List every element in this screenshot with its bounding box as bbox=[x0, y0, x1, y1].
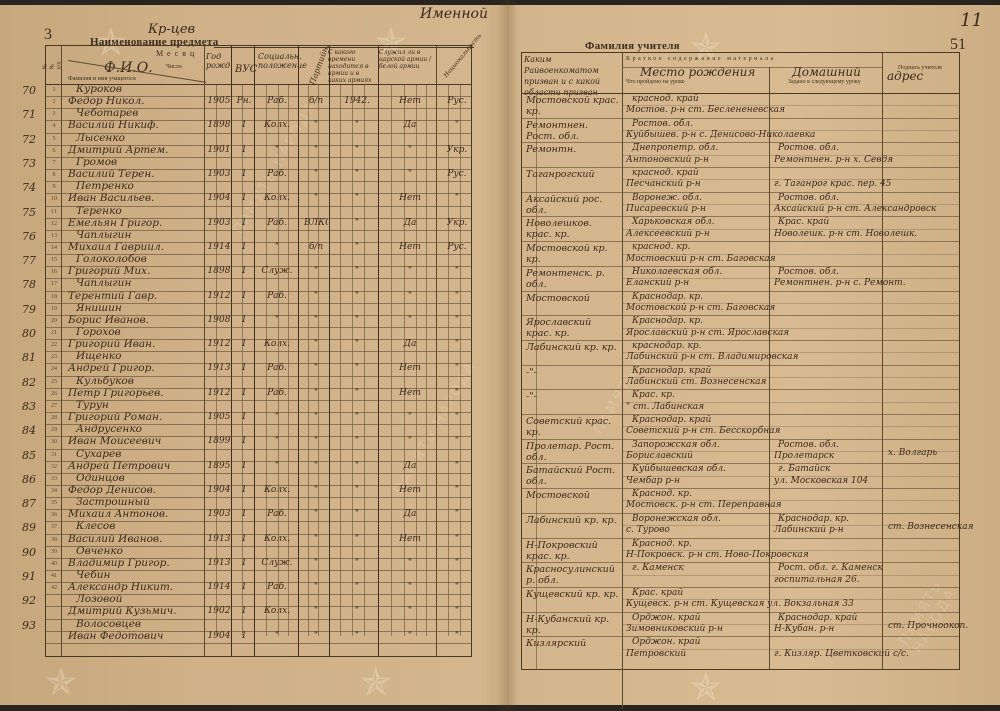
surname-cell: Чебин bbox=[76, 569, 110, 581]
party-cell: " bbox=[304, 485, 328, 495]
birth-year-cell: 1895 bbox=[207, 461, 231, 471]
vus-cell: 1 bbox=[235, 388, 253, 398]
since-cell: " bbox=[338, 485, 376, 495]
given-name-cell: Терентий Гавр. bbox=[68, 290, 157, 302]
margin-number: 71 bbox=[22, 108, 36, 121]
row-number: 23 bbox=[47, 354, 61, 360]
row-line bbox=[522, 587, 959, 588]
birth-year-cell: 1902 bbox=[207, 606, 231, 616]
birthplace-line-2: Лабинский ст. Вознесенская bbox=[626, 377, 767, 387]
surname-cell: Волосовцев bbox=[76, 618, 141, 630]
birthplace-line-1: краснод. край bbox=[632, 168, 699, 178]
row-number: 26 bbox=[47, 391, 61, 397]
grid-line bbox=[278, 84, 279, 636]
since-cell: " bbox=[338, 631, 376, 641]
served-cell: Нет bbox=[386, 485, 434, 495]
draft-office-cell: Новолешков. крас. кр. bbox=[526, 218, 620, 240]
served-cell: " bbox=[386, 169, 434, 179]
draft-office-cell: Кизлярский bbox=[526, 638, 620, 649]
row-number: 13 bbox=[47, 233, 61, 239]
column-divider bbox=[622, 53, 623, 709]
nationality-cell: " bbox=[444, 582, 470, 592]
party-cell: " bbox=[304, 169, 328, 179]
home-address-line-2: Новолешк. р-н ст. Новолешк. bbox=[774, 229, 917, 239]
party-cell: " bbox=[304, 291, 328, 301]
given-name-cell: Иван Васильев. bbox=[68, 192, 154, 204]
birthplace-line-2: Писаревский р-н bbox=[626, 204, 706, 214]
draft-office-cell: Таганрогский bbox=[526, 169, 620, 180]
column-divider bbox=[769, 67, 770, 669]
row-line bbox=[522, 118, 959, 119]
given-name-cell: Григорий Роман. bbox=[68, 411, 162, 423]
social-status-cell: " bbox=[258, 145, 296, 155]
birthplace-line-1: Орджон. край bbox=[632, 637, 700, 647]
grid-line bbox=[391, 84, 392, 636]
nationality-cell: Рус. bbox=[444, 169, 470, 179]
since-cell: " bbox=[338, 169, 376, 179]
nationality-cell: " bbox=[444, 339, 470, 349]
since-cell: " bbox=[338, 509, 376, 519]
margin-number: 90 bbox=[22, 546, 36, 559]
social-status-cell: Раб. bbox=[258, 509, 296, 519]
social-status-cell: Раб. bbox=[258, 96, 296, 106]
grid-line bbox=[426, 84, 427, 636]
grid-line bbox=[318, 84, 319, 636]
grid-line bbox=[216, 84, 217, 636]
nationality-cell: " bbox=[444, 534, 470, 544]
served-cell: Нет bbox=[386, 363, 434, 373]
row-line bbox=[46, 400, 471, 401]
social-status-cell: Колх. bbox=[258, 120, 296, 130]
party-cell: " bbox=[304, 120, 328, 130]
social-status-cell: Колх. bbox=[258, 485, 296, 495]
row-line bbox=[522, 439, 959, 440]
vus-cell: 1 bbox=[235, 558, 253, 568]
header-social: Социальн. положение bbox=[258, 52, 300, 70]
margin-number: 74 bbox=[22, 181, 36, 194]
served-cell: " bbox=[386, 266, 434, 276]
birth-year-cell: 1899 bbox=[207, 436, 231, 446]
birthplace-line-1: г. Каменск bbox=[632, 563, 684, 573]
margin-number: 85 bbox=[22, 449, 36, 462]
since-cell: " bbox=[338, 291, 376, 301]
row-number: 12 bbox=[47, 221, 61, 227]
birthplace-line-2: Бориславский bbox=[626, 451, 693, 461]
nationality-cell: " bbox=[444, 193, 470, 203]
social-status-cell: Раб. bbox=[258, 363, 296, 373]
row-line bbox=[522, 463, 959, 464]
birth-year-cell: 1913 bbox=[207, 558, 231, 568]
given-name-cell: Дмитрий Кузьмич. bbox=[68, 605, 177, 617]
party-cell: " bbox=[304, 582, 328, 592]
social-status-cell: " bbox=[258, 461, 296, 471]
row-line bbox=[522, 636, 959, 637]
draft-office-cell: Ремонтнен. Рост. обл. bbox=[526, 120, 620, 142]
vus-cell: 1 bbox=[235, 461, 253, 471]
since-cell: " bbox=[338, 558, 376, 568]
surname-cell: Куроков bbox=[76, 83, 122, 95]
party-cell: ВЛКСМ bbox=[304, 218, 328, 228]
since-cell: " bbox=[338, 412, 376, 422]
home-address-line-1: Ростов. обл. bbox=[778, 193, 839, 203]
given-name-cell: Василий Никиф. bbox=[68, 119, 159, 131]
since-cell: " bbox=[338, 339, 376, 349]
birthplace-line-1: Воронеж. обл. bbox=[632, 193, 702, 203]
surname-cell: Одинцов bbox=[76, 472, 125, 484]
vus-cell: 1 bbox=[235, 193, 253, 203]
home-address-line-3: х. Волгарь bbox=[888, 448, 937, 458]
birthplace-line-2: Петровский bbox=[626, 649, 686, 659]
birthplace-line-2: Советский р-н ст. Бесскорбная bbox=[626, 426, 780, 436]
row-number: 38 bbox=[47, 537, 61, 543]
grid-line bbox=[352, 84, 353, 636]
birthplace-line-1: краснодар. кр. bbox=[632, 341, 701, 351]
birth-year-cell: 1905 bbox=[207, 412, 231, 422]
party-cell: " bbox=[304, 315, 328, 325]
birthplace-line-1: Краснод. кр. bbox=[632, 539, 692, 549]
nationality-cell: " bbox=[444, 363, 470, 373]
row-number: 36 bbox=[47, 512, 61, 518]
margin-number: 82 bbox=[22, 376, 36, 389]
party-cell: " bbox=[304, 509, 328, 519]
row-number: 20 bbox=[47, 318, 61, 324]
birthplace-line-1: Краснод. кр. bbox=[632, 489, 692, 499]
home-address-line-1: г. Батайск bbox=[778, 464, 830, 474]
row-line bbox=[522, 315, 959, 316]
home-address-line-2: г. Таганрог крас. пер. 45 bbox=[774, 179, 891, 189]
draft-office-cell: -"- bbox=[526, 391, 620, 402]
nationality-cell: " bbox=[444, 485, 470, 495]
home-address-line-2: Н-Кубан. р-н bbox=[774, 624, 834, 634]
served-cell: " bbox=[386, 315, 434, 325]
header-address-handwritten: адрес bbox=[887, 69, 923, 83]
row-number: 15 bbox=[47, 257, 61, 263]
row-line bbox=[522, 241, 959, 242]
birth-year-cell: 1904 bbox=[207, 485, 231, 495]
row-line bbox=[522, 291, 959, 292]
header-month: Месяц bbox=[156, 49, 198, 58]
row-line bbox=[522, 414, 959, 415]
birthplace-line-1: Днепропетр. обл. bbox=[632, 143, 718, 153]
birthplace-line-2: Мостов. р-н ст. Беслененевская bbox=[626, 105, 785, 115]
row-line bbox=[522, 562, 959, 563]
party-cell: " bbox=[304, 606, 328, 616]
birthplace-line-2: Куйбышев. р-н с. Денисово-Николаевка bbox=[626, 130, 815, 140]
since-cell: " bbox=[338, 193, 376, 203]
row-number: 21 bbox=[47, 330, 61, 336]
surname-cell: Янишин bbox=[76, 302, 122, 314]
row-number: 1 bbox=[47, 87, 61, 93]
row-number: 5 bbox=[47, 136, 61, 142]
social-status-cell: Колх. bbox=[258, 193, 296, 203]
birth-year-cell: 1904 bbox=[207, 193, 231, 203]
birth-year-cell: 1913 bbox=[207, 363, 231, 373]
served-cell: Нет bbox=[386, 193, 434, 203]
vus-cell: 1 bbox=[235, 436, 253, 446]
surname-cell: Лозовой bbox=[76, 593, 122, 605]
given-name-cell: Андрей Петрович bbox=[68, 460, 170, 472]
home-address-line-1: Ростов. обл. bbox=[778, 440, 839, 450]
margin-number: 73 bbox=[22, 157, 36, 170]
records-table-right: Каким Райвоенкоматом призван и с какой о… bbox=[521, 52, 960, 670]
vus-cell: Рн. bbox=[235, 96, 253, 106]
birthplace-line-2: Кущевск. р-н ст. Кущевская ул. Вокзальна… bbox=[626, 599, 854, 609]
home-address-line-2: Лабинский р-н bbox=[774, 525, 844, 535]
birthplace-line-2: Ярославский р-н ст. Ярославская bbox=[626, 328, 789, 338]
row-number: 3 bbox=[47, 111, 61, 117]
since-cell: " bbox=[338, 363, 376, 373]
left-page-number: 3 bbox=[44, 26, 52, 44]
birthplace-line-2: Чембар р-н bbox=[626, 476, 680, 486]
party-cell: " bbox=[304, 193, 328, 203]
party-cell: " bbox=[304, 363, 328, 373]
grid-line bbox=[288, 84, 289, 636]
surname-cell: Турун bbox=[76, 399, 109, 411]
attendance-table-left: №№ п/п Месяц Число Ф.И.О. Фамилия и имя … bbox=[45, 45, 472, 657]
row-number: 22 bbox=[47, 342, 61, 348]
home-address-line-1: Ростов. обл. bbox=[778, 143, 839, 153]
given-name-cell: Владимир Григор. bbox=[68, 557, 170, 569]
row-number: 4 bbox=[47, 123, 61, 129]
birthplace-line-2: Зимовниковский р-н bbox=[626, 624, 723, 634]
notebook-spread: ✯ ✯ ✯ ✯ ✯ ✯ ПАМЯТЬ НАРОДА ПАМЯТЬ НАРОДА … bbox=[0, 0, 1000, 711]
served-cell: " bbox=[386, 291, 434, 301]
vus-cell: 1 bbox=[235, 606, 253, 616]
served-cell: " bbox=[386, 631, 434, 641]
party-cell: " bbox=[304, 461, 328, 471]
row-line bbox=[522, 167, 959, 168]
birthplace-line-1: Краснодар. край bbox=[632, 366, 711, 376]
draft-office-cell: Кущевский кр. кр. bbox=[526, 589, 620, 600]
watermark-star-icon: ✯ bbox=[690, 665, 722, 709]
social-status-cell: Раб. bbox=[258, 291, 296, 301]
home-address-line-2: Ремонтнен. р-н х. Севдя bbox=[774, 155, 893, 165]
social-status-cell: Служ. bbox=[258, 266, 296, 276]
row-number: 37 bbox=[47, 524, 61, 530]
home-address-line-2: г. Кизляр. Цветковский с/с. bbox=[774, 649, 909, 659]
served-cell: " bbox=[386, 145, 434, 155]
birthplace-line-1: Краснодар. край bbox=[632, 415, 711, 425]
birthplace-line-1: краснод. кр. bbox=[632, 242, 690, 252]
surname-cell: Теренко bbox=[76, 205, 122, 217]
party-cell: " bbox=[304, 534, 328, 544]
birth-year-cell: 1908 bbox=[207, 315, 231, 325]
nationality-cell: " bbox=[444, 558, 470, 568]
given-name-cell: Василий Иванов. bbox=[68, 533, 162, 545]
row-number: 24 bbox=[47, 366, 61, 372]
party-cell: " bbox=[304, 436, 328, 446]
row-number: 14 bbox=[47, 245, 61, 251]
row-number: 35 bbox=[47, 500, 61, 506]
birthplace-line-2: " ст. Лабинская bbox=[626, 402, 704, 412]
served-cell: Нет bbox=[386, 534, 434, 544]
birth-year-cell: 1904 bbox=[207, 631, 231, 641]
vus-cell: 1 bbox=[235, 363, 253, 373]
social-status-cell: Раб. bbox=[258, 169, 296, 179]
draft-office-cell: Мостовской кр. кр. bbox=[526, 243, 620, 265]
party-cell: " bbox=[304, 412, 328, 422]
since-cell: " bbox=[338, 534, 376, 544]
row-number: 25 bbox=[47, 379, 61, 385]
birth-year-cell: 1914 bbox=[207, 582, 231, 592]
column-divider bbox=[882, 53, 883, 669]
birth-year-cell: 1903 bbox=[207, 509, 231, 519]
row-number: 29 bbox=[47, 427, 61, 433]
social-status-cell: Раб. bbox=[258, 388, 296, 398]
birthplace-line-1: Крас. край bbox=[632, 588, 683, 598]
grid-line bbox=[340, 84, 341, 636]
header-home-printed: Задано к следующему уроку bbox=[788, 79, 861, 86]
given-name-cell: Василий Терен. bbox=[68, 168, 155, 180]
row-number: 16 bbox=[47, 269, 61, 275]
row-number: 30 bbox=[47, 439, 61, 445]
surname-cell: Кульбуков bbox=[76, 375, 134, 387]
social-status-cell: Раб. bbox=[258, 218, 296, 228]
margin-number: 81 bbox=[22, 351, 36, 364]
draft-office-cell: Ремонтенск. р. обл. bbox=[526, 268, 620, 290]
margin-number: 78 bbox=[22, 278, 36, 291]
served-cell: Да bbox=[386, 339, 434, 349]
row-number: 8 bbox=[47, 172, 61, 178]
birth-year-cell: 1905 bbox=[207, 96, 231, 106]
top-note-left: Именной bbox=[420, 6, 488, 22]
row-number: 10 bbox=[47, 196, 61, 202]
margin-number: 89 bbox=[22, 521, 36, 534]
surname-cell: Чаплыгин bbox=[76, 277, 131, 289]
since-cell: " bbox=[338, 461, 376, 471]
margin-number: 91 bbox=[22, 570, 36, 583]
since-cell: " bbox=[338, 388, 376, 398]
birthplace-line-2: Мостовск. р-н ст. Переправная bbox=[626, 500, 782, 510]
header-subdivider bbox=[622, 67, 882, 68]
social-status-cell: Колх. bbox=[258, 606, 296, 616]
vus-cell: 1 bbox=[235, 631, 253, 641]
nationality-cell: " bbox=[444, 291, 470, 301]
grid-line bbox=[404, 84, 405, 636]
header-draft-office: Каким Райвоенкоматом призван и с какой о… bbox=[524, 54, 620, 98]
surname-cell: Петренко bbox=[76, 180, 134, 192]
row-line bbox=[522, 216, 959, 217]
row-line bbox=[522, 365, 959, 366]
draft-office-cell: Красносулинский р. обл. bbox=[526, 564, 620, 586]
row-number: 40 bbox=[47, 561, 61, 567]
margin-number: 92 bbox=[22, 594, 36, 607]
row-number: 39 bbox=[47, 549, 61, 555]
social-status-cell: Служ. bbox=[258, 558, 296, 568]
surname-cell: Горохов bbox=[76, 326, 121, 338]
birthplace-line-2: с. Турово bbox=[626, 525, 670, 535]
row-number: 2 bbox=[47, 99, 61, 105]
social-status-cell: " bbox=[258, 315, 296, 325]
header-residence-printed: Что пройдено на уроке bbox=[626, 79, 685, 86]
nationality-cell: " bbox=[444, 509, 470, 519]
served-cell: " bbox=[386, 582, 434, 592]
served-cell: Да bbox=[386, 120, 434, 130]
home-address-line-1: Краснодар. край bbox=[778, 613, 857, 623]
birthplace-line-2: Песчанский р-н bbox=[626, 179, 701, 189]
given-name-cell: Петр Григорьев. bbox=[68, 387, 164, 399]
social-status-cell: Раб. bbox=[258, 582, 296, 592]
header-served: Служил ли в царской армии / белой армии bbox=[379, 49, 437, 70]
draft-office-cell: Аксайский рос. обл. bbox=[526, 194, 620, 216]
birth-year-cell: 1898 bbox=[207, 266, 231, 276]
social-status-cell: " bbox=[258, 436, 296, 446]
party-cell: " bbox=[304, 558, 328, 568]
surname-cell: Лысенко bbox=[76, 132, 125, 144]
nationality-cell: " bbox=[444, 266, 470, 276]
birthplace-line-2: Мостовской р-н ст. Баговская bbox=[626, 303, 775, 313]
grid-line bbox=[448, 84, 449, 636]
social-status-cell: Колх. bbox=[258, 534, 296, 544]
since-cell: " bbox=[338, 266, 376, 276]
draft-office-cell: Лабинский кр. кр. bbox=[526, 515, 620, 526]
row-line bbox=[46, 643, 471, 644]
watermark-star-icon: ✯ bbox=[45, 660, 77, 704]
draft-office-cell: Ярославский крас. кр. bbox=[526, 317, 620, 339]
given-name-cell: Федор Никол. bbox=[68, 95, 145, 107]
book-gutter bbox=[498, 0, 518, 711]
home-address-line-3: ст. Прочноокоп. bbox=[888, 621, 968, 631]
party-cell: " bbox=[304, 339, 328, 349]
row-number: 34 bbox=[47, 488, 61, 494]
served-cell: Да bbox=[386, 218, 434, 228]
given-name-cell: Михаил Антонов. bbox=[68, 508, 168, 520]
row-line bbox=[522, 266, 959, 267]
home-address-line-2: Пролетарск bbox=[774, 451, 834, 461]
since-cell: 1942. bbox=[338, 96, 376, 106]
birthplace-line-1: Краснодар. кр. bbox=[632, 316, 703, 326]
home-address-line-1: Ростов. обл. bbox=[778, 267, 839, 277]
vus-cell: 1 bbox=[235, 534, 253, 544]
draft-office-cell: Батайский Рост. обл. bbox=[526, 465, 620, 487]
birthplace-line-1: краснод. край bbox=[632, 94, 699, 104]
home-address-line-2: госпитальная 26. bbox=[774, 575, 860, 585]
given-name-cell: Михаил Гавриил. bbox=[68, 241, 164, 253]
grid-line bbox=[266, 84, 267, 636]
nationality-cell: Укр. bbox=[444, 145, 470, 155]
surname-cell: Голоколобов bbox=[76, 253, 147, 265]
margin-number: 77 bbox=[22, 254, 36, 267]
nationality-cell: Рус. bbox=[444, 242, 470, 252]
birthplace-line-1: Орджон. край bbox=[632, 613, 700, 623]
margin-number: 70 bbox=[22, 84, 36, 97]
birth-year-cell: 1903 bbox=[207, 169, 231, 179]
header-day: Число bbox=[166, 64, 182, 71]
nationality-cell: " bbox=[444, 436, 470, 446]
margin-number: 93 bbox=[22, 619, 36, 632]
surname-cell: Сухарев bbox=[76, 448, 121, 460]
birthplace-line-1: Ростов. обл. bbox=[632, 119, 693, 129]
served-cell: Да bbox=[386, 461, 434, 471]
since-cell: " bbox=[338, 582, 376, 592]
birthplace-line-1: Куйбышевская обл. bbox=[632, 464, 726, 474]
row-number: 11 bbox=[47, 209, 61, 215]
row-line bbox=[522, 142, 959, 143]
served-cell: " bbox=[386, 436, 434, 446]
birthplace-line-1: Харьковская обл. bbox=[632, 217, 715, 227]
vus-cell: 1 bbox=[235, 218, 253, 228]
watermark-star-icon: ✯ bbox=[360, 660, 392, 704]
since-cell: " bbox=[338, 436, 376, 446]
grid-line bbox=[460, 84, 461, 636]
row-number: 32 bbox=[47, 464, 61, 470]
given-name-cell: Иван Федотович bbox=[68, 630, 163, 642]
margin-number: 80 bbox=[22, 327, 36, 340]
social-status-cell: " bbox=[258, 631, 296, 641]
row-number: 6 bbox=[47, 148, 61, 154]
draft-office-cell: Пролетар. Рост. обл. bbox=[526, 441, 620, 463]
vus-cell: 1 bbox=[235, 485, 253, 495]
